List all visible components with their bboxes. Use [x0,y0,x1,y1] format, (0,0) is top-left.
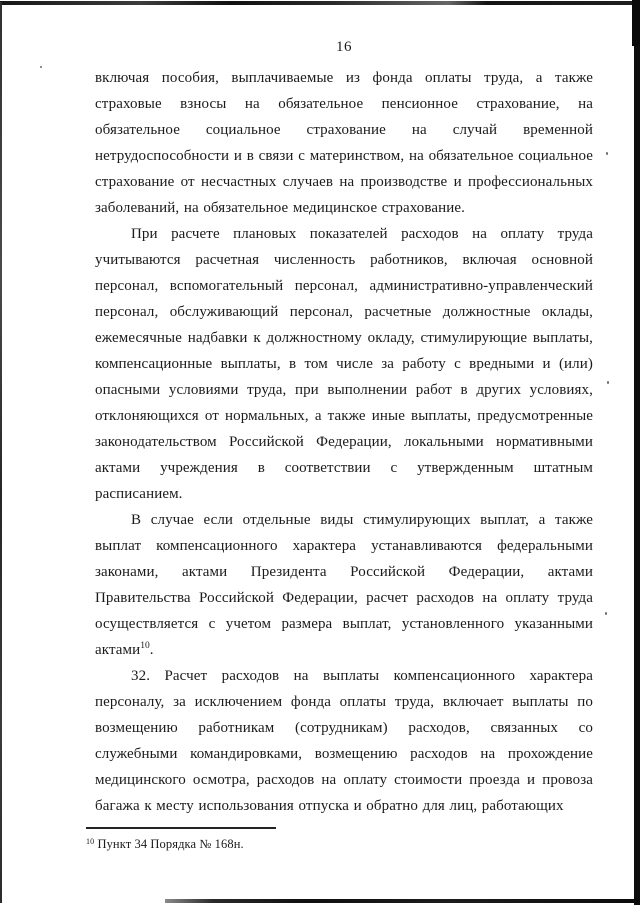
footnote: 10 Пункт 34 Порядка № 168н. [86,834,546,852]
body-paragraph: 32. Расчет расходов на выплаты компенсац… [95,663,593,819]
scan-speckle [607,381,609,384]
footnote-separator [86,827,276,829]
scanned-document-page: 16 включая пособия, выплачиваемые из фон… [0,0,640,905]
footnote-text: Пункт 34 Порядка № 168н. [97,837,243,851]
scan-edge-right-top [632,0,640,46]
footnote-area: 10 Пункт 34 Порядка № 168н. [86,827,546,852]
scan-edge-top [0,1,640,5]
paragraph-text: . [150,642,154,658]
paragraph-text: В случае если отдельные виды стимулирующ… [95,512,593,658]
footnote-reference: 10 [140,641,150,651]
body-paragraph: В случае если отдельные виды стимулирующ… [95,507,593,663]
page-number: 16 [95,38,593,56]
scan-edge-left [0,2,2,903]
scan-speckle [40,66,42,68]
scan-edge-bottom [165,899,640,903]
scan-speckle [606,152,608,155]
body-paragraph: включая пособия, выплачиваемые из фонда … [95,65,593,221]
body-paragraph: При расчете плановых показателей расходо… [95,221,593,507]
document-body: 16 включая пособия, выплачиваемые из фон… [95,38,593,819]
scan-edge-right [634,0,640,905]
footnote-marker: 10 [86,837,94,846]
scan-speckle [605,612,607,615]
